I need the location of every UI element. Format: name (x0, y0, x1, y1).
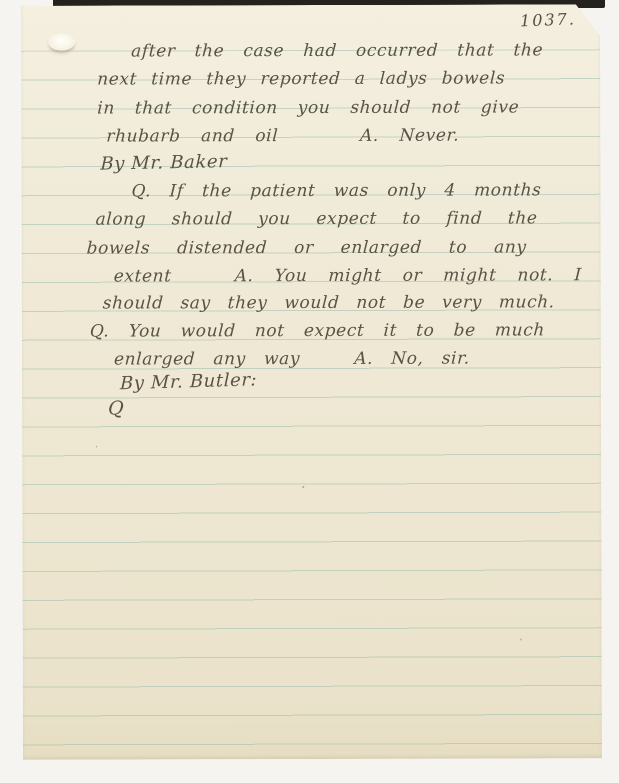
handwritten-line: enlarged any way A. No, sir. (113, 347, 470, 372)
notebook-page: 1037. after the case had occurred that t… (21, 4, 602, 760)
handwritten-line: extent A. You might or might not. I (113, 263, 582, 288)
speaker-heading: By Mr. Butler: (120, 368, 258, 396)
paper-speck (96, 446, 97, 448)
handwritten-line: Q (107, 396, 124, 420)
handwritten-line: along should you expect to find the (95, 206, 538, 231)
handwritten-line: in that condition you should not give (97, 95, 520, 120)
handwritten-line: after the case had occurred that the (131, 38, 544, 63)
scanned-document: 1037. after the case had occurred that t… (0, 0, 619, 783)
speaker-heading: By Mr. Baker (100, 150, 228, 177)
handwritten-line: should say they would not be very much. (102, 290, 555, 315)
punch-hole (48, 34, 75, 51)
paper-speck (302, 486, 304, 488)
handwritten-line: next time they reported a ladys bowels (97, 66, 506, 91)
handwritten-line: Q. You would not expect it to be much (89, 318, 545, 343)
handwritten-line: Q. If the patient was only 4 months (131, 178, 542, 203)
handwritten-line: bowels distended or enlarged to any (86, 235, 527, 260)
paper-speck (520, 638, 522, 640)
page-number: 1037. (520, 9, 576, 30)
handwritten-line: rhubarb and oil A. Never. (106, 124, 460, 149)
